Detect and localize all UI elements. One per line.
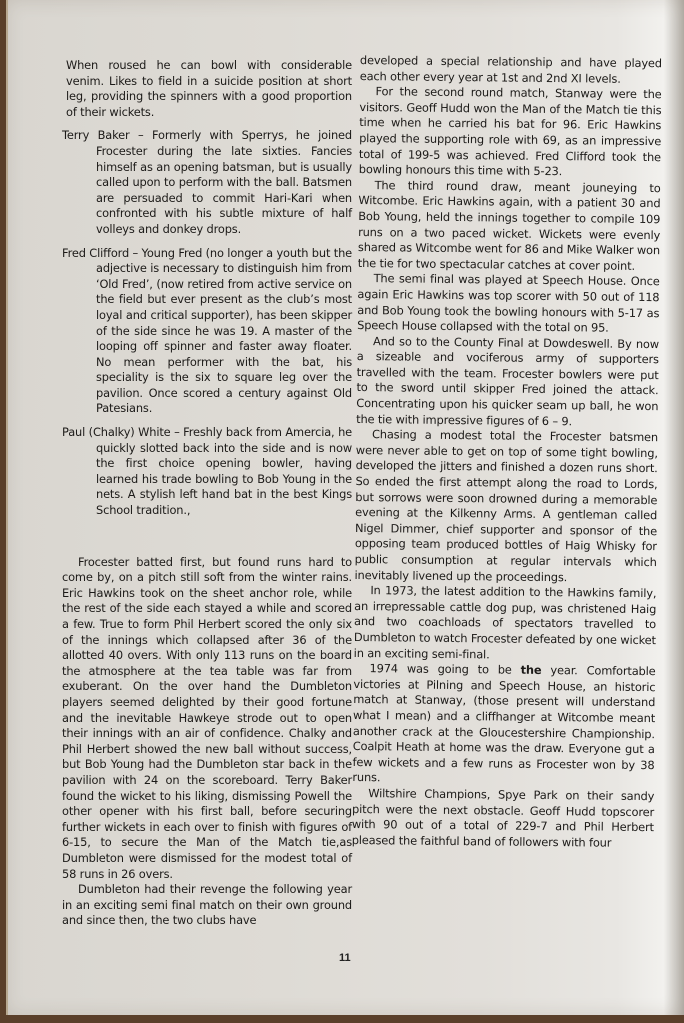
page-number: 11: [339, 952, 351, 964]
wiltshire-paragraph: Wiltshire Champions, Spye Park on their …: [352, 786, 655, 852]
second-round-paragraph: For the second round match, Stanway were…: [359, 84, 662, 181]
year-1974-text-after: year. Comfortable victories at Pilning a…: [352, 663, 655, 784]
year-1974-text-before: 1974 was going to be: [369, 661, 520, 677]
spacer: [62, 527, 352, 555]
county-final-paragraph: And so to the County Final at Dowdeswell…: [356, 334, 659, 431]
year-1974-paragraph: 1974 was going to be the year. Comfortab…: [352, 661, 655, 789]
relationship-paragraph: developed a special relationship and hav…: [360, 53, 662, 87]
profile-terry-baker: Terry Baker – Formerly with Sperrys, he …: [62, 128, 352, 237]
document-page: When roused he can bowl with considerabl…: [6, 0, 684, 1015]
profile-continuation: When roused he can bowl with considerabl…: [62, 58, 352, 120]
semi-final-paragraph: The semi final was played at Speech Hous…: [357, 271, 660, 337]
right-column: developed a special relationship and hav…: [352, 53, 662, 851]
chasing-paragraph: Chasing a modest total the Frocester bat…: [354, 427, 658, 586]
year-1974-emphasis: the: [521, 663, 542, 677]
dumbleton-revenge-paragraph: Dumbleton had their revenge the followin…: [62, 882, 352, 929]
year-1973-paragraph: In 1973, the latest addition to the Hawk…: [354, 583, 657, 664]
third-round-paragraph: The third round draw, meant jouneying to…: [358, 178, 661, 275]
match-report-paragraph: Frocester batted first, but found runs h…: [62, 555, 352, 882]
profile-paul-white: Paul (Chalky) White – Freshly back from …: [62, 425, 352, 519]
profile-fred-clifford: Fred Clifford – Young Fred (no longer a …: [62, 246, 352, 418]
left-column: When roused he can bowl with considerabl…: [62, 58, 352, 929]
